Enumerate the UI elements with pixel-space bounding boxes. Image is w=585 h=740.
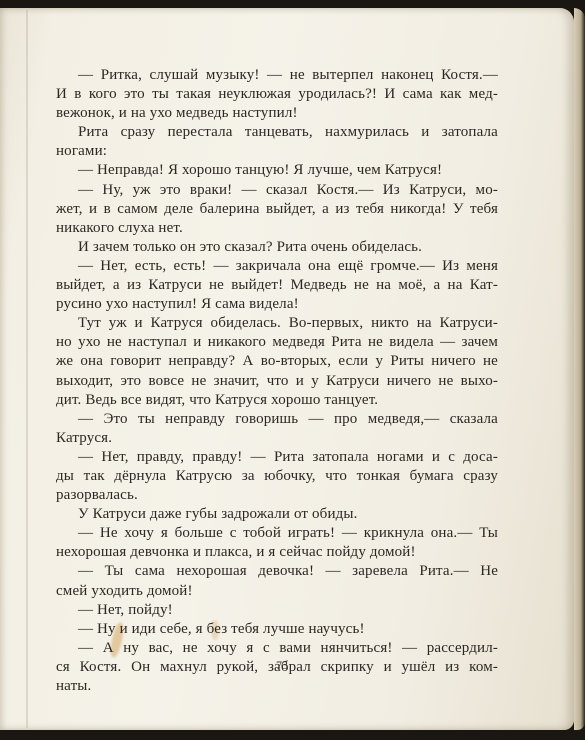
text-line: — Ну, уж это враки! — сказал Костя.— Из … [56,181,498,200]
page-text: — Ритка, слушай музыку! — не вытерпел на… [56,66,498,696]
text-line: жет, и в самом деле балерина выйдет, а и… [56,200,498,219]
text-line: — Нет, есть, есть! — закричала она ещё г… [56,257,498,276]
text-line: но ухо не наступал и никакого медведя Ри… [56,333,498,352]
text-line: же она говорит неправду? А во-вторых, ес… [56,352,498,371]
text-line: Катруся. [56,429,498,448]
page-number: 73 [276,658,288,673]
text-line: наты. [56,677,498,696]
text-line: — Ну и иди себе, я без тебя лучше научус… [56,620,498,639]
text-line: вежонок, и на ухо медведь наступил! [56,104,498,123]
text-line: — Не хочу я больше с тобой играть! — кри… [56,524,498,543]
text-line: русино ухо наступил! Я сама видела! [56,295,498,314]
text-line: дит. Ведь все видят, что Катруся хорошо … [56,391,498,410]
text-line: — А ну вас, не хочу я с вами нянчиться! … [56,639,498,658]
text-line: — Неправда! Я хорошо танцую! Я лучше, че… [56,161,498,180]
text-line: У Катруси даже губы задрожали от обиды. [56,505,498,524]
page-edge [574,8,585,730]
text-line: ды так дёрнула Катрусю за юбочку, что то… [56,467,498,486]
text-line: И в кого это ты такая неуклюжая уродилас… [56,85,498,104]
text-line: И зачем только он это сказал? Рита очень… [56,238,498,257]
text-line: — Нет, пойду! [56,601,498,620]
text-line: — Ритка, слушай музыку! — не вытерпел на… [56,66,498,85]
text-line: выходит, это вовсе не значит, что и у Ка… [56,372,498,391]
text-line: нехорошая девчонка и плакса, и я сейчас … [56,543,498,562]
text-line: — Это ты неправду говоришь — про медведя… [56,410,498,429]
text-line: разорвалась. [56,486,498,505]
text-line: ногами: [56,142,498,161]
text-line: выйдет, а из Катруси не выйдет! Медведь … [56,276,498,295]
text-line: Тут уж и Катруся обиделась. Во-первых, н… [56,314,498,333]
text-line: смей уходить домой! [56,582,498,601]
text-line: Рита сразу перестала танцевать, нахмурил… [56,123,498,142]
text-line: никакого слуха нет. [56,219,498,238]
text-line: — Ты сама нехорошая девочка! — заревела … [56,562,498,581]
page-fold-line [26,10,28,728]
text-line: — Нет, правду, правду! — Рита затопала н… [56,448,498,467]
